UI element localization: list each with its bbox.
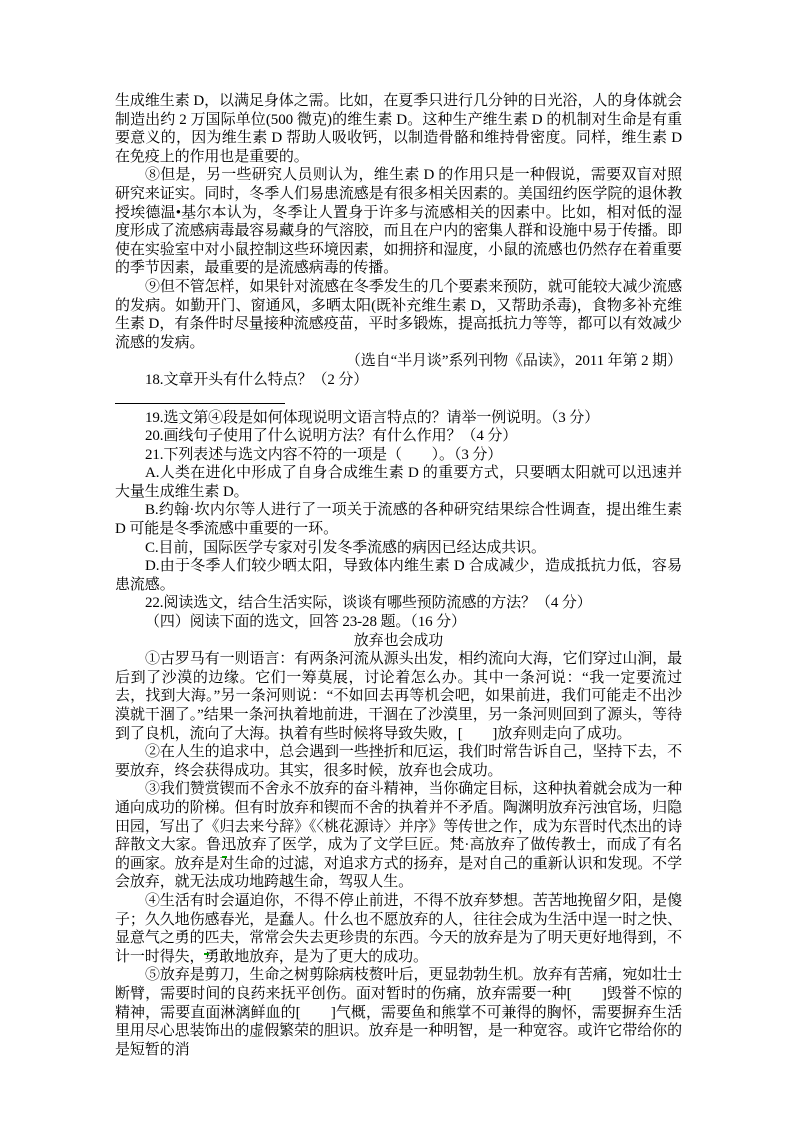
essay-paragraph-2: ②在人生的追求中，总会遇到一些挫折和厄运，我们时常告诉自己，坚持下去，不要放弃，… (115, 743, 682, 780)
grammar-check-mark (204, 953, 209, 955)
essay-paragraph-5: ⑤放弃是剪刀，生命之树剪除病枝赘叶后，更显勃勃生机。放弃有苦痛，宛如壮士断臂，需… (115, 966, 682, 1059)
essay-paragraph-4: ④生活有时会逼迫你，不得不停止前进，不得不放弃梦想。苦苦地挽留夕阳，是傻子；久久… (115, 892, 682, 966)
answer-blank-line (115, 390, 682, 409)
page-content: 生成维生素 D，以满足身体之需。比如，在夏季只进行几分钟的日光浴，人的身体就会制… (115, 92, 682, 1059)
document-page: 生成维生素 D，以满足身体之需。比如，在夏季只进行几分钟的日光浴，人的身体就会制… (0, 0, 795, 1123)
passage1-paragraph-continuation: 生成维生素 D，以满足身体之需。比如，在夏季只进行几分钟的日光浴，人的身体就会制… (115, 92, 682, 166)
passage1-paragraph-9: ⑨但不管怎样，如果针对流感在冬季发生的几个要素来预防，就可能较大减少流感的发病。… (115, 278, 682, 352)
question-19: 19.选文第④段是如何体现说明文语言特点的？请举一例说明。（3 分） (115, 409, 682, 428)
question-21: 21.下列表述与选文内容不符的一项是（ ）。（3 分） (115, 446, 682, 465)
answer-underline (115, 390, 285, 404)
question-22: 22.阅读选文，结合生活实际，谈谈有哪些预防流感的方法？（4 分） (115, 594, 682, 613)
essay-paragraph-1: ①古罗马有一则语言：有两条河流从源头出发，相约流向大海，它们穿过山涧，最后到了沙… (115, 650, 682, 743)
grammar-check-mark (222, 856, 227, 858)
source-attribution: （选自“半月谈”系列刊物《品读》，2011 年第 2 期） (115, 352, 682, 371)
question-21-option-b: B.约翰·坎内尔等人进行了一项关于流感的各种研究结果综合性调查，提出维生素 D … (115, 501, 682, 538)
question-21-option-c: C.目前，国际医学专家对引发冬季流感的病因已经达成共识。 (115, 539, 682, 558)
essay-paragraph-3: ③我们赞赏锲而不舍永不放弃的奋斗精神，当你确定目标，这种执着就会成为一种通向成功… (115, 780, 682, 892)
passage1-paragraph-8: ⑧但是，另一些研究人员则认为，维生素 D 的作用只是一种假说，需要双盲对照研究来… (115, 166, 682, 278)
essay-title: 放弃也会成功 (115, 632, 682, 651)
question-21-option-d: D.由于冬季人们较少晒太阳，导致体内维生素 D 合成减少，造成抵抗力低，容易患流… (115, 557, 682, 594)
question-20: 20.画线句子使用了什么说明方法？有什么作用？（4 分） (115, 427, 682, 446)
question-18: 18.文章开头有什么特点？（2 分） (115, 371, 682, 390)
question-21-option-a: A.人类在进化中形成了自身合成维生素 D 的重要方式，只要晒太阳就可以迅速并大量… (115, 464, 682, 501)
section-4-header: （四）阅读下面的选文，回答 23-28 题。（16 分） (115, 613, 682, 632)
